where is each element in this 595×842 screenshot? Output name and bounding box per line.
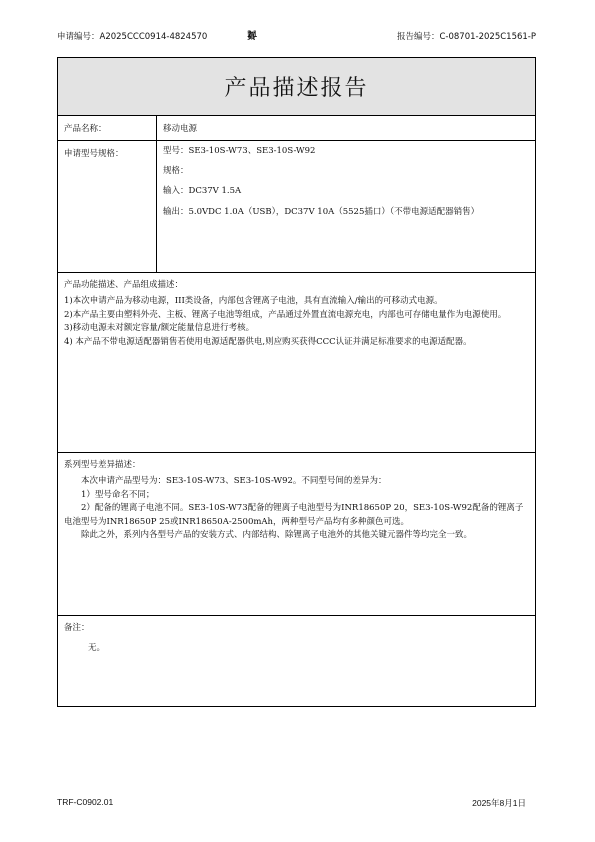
model-spec-label: 申请型号规格： <box>58 141 157 272</box>
product-name-value: 移动电源 <box>157 116 535 140</box>
function-item-2: 2)本产品主要由塑料外壳、主板、锂离子电池等组成，产品通过外置直流电源充电，内部… <box>64 309 527 323</box>
model-spec-row: 申请型号规格： 型号：SE3-10S-W73、SE3-10S-W92 规格： 输… <box>58 141 535 273</box>
series-difference-section: 系列型号差异描述： 本次申请产品型号为：SE3-10S-W73、SE3-10S-… <box>58 453 535 616</box>
product-description-table: 产品描述报告 产品名称： 移动电源 申请型号规格： 型号：SE3-10S-W73… <box>57 57 536 707</box>
title-row: 产品描述报告 <box>58 58 535 116</box>
page-footer: TRF-C0902.01 2025年8月1日 <box>57 797 536 809</box>
function-description-section: 产品功能描述、产品组成描述： 1)本次申请产品为移动电源，III类设备，内部包含… <box>58 273 535 453</box>
function-item-1: 1)本次申请产品为移动电源，III类设备，内部包含锂离子电池，具有直流输入/输出… <box>64 295 527 309</box>
spec-label-line: 规格： <box>163 161 527 181</box>
spec-model-line: 型号：SE3-10S-W73、SE3-10S-W92 <box>163 141 527 161</box>
form-code: TRF-C0902.01 <box>57 797 113 807</box>
application-number: 申请编号：A2025CCC0914-4824570 <box>57 30 207 42</box>
spec-output-line: 输出：5.0VDC 1.0A（USB），DC37V 10A（5525插口）（不带… <box>163 201 527 223</box>
report-title: 产品描述报告 <box>224 71 368 102</box>
page-header: 申请编号：A2025CCC0914-4824570 第1页共21页 报告编号：C… <box>57 30 536 44</box>
series-conclusion: 除此之外，系列内各型号产品的安装方式、内部结构、除锂离子电池外的其他关键元器件等… <box>64 529 527 543</box>
remarks-title: 备注： <box>64 621 527 635</box>
function-item-3: 3)移动电源未对额定容量/额定能量信息进行考核。 <box>64 322 527 336</box>
report-number: 报告编号：C-08701-2025C1561-P <box>397 30 536 42</box>
product-name-label: 产品名称： <box>58 116 157 140</box>
series-diff-1: 1）型号命名不同； <box>64 489 527 503</box>
issue-date: 2025年8月1日 <box>472 797 526 809</box>
spec-input-line: 输入：DC37V 1.5A <box>163 181 527 201</box>
product-name-row: 产品名称： 移动电源 <box>58 116 535 141</box>
function-item-4: 4) 本产品不带电源适配器销售若使用电源适配器供电,则应购买获得CCC认证并满足… <box>64 336 527 350</box>
series-intro: 本次申请产品型号为：SE3-10S-W73、SE3-10S-W92。不同型号间的… <box>64 475 527 489</box>
series-diff-2: 2）配备的锂离子电池不同。SE3-10S-W73配备的锂离子电池型号为INR18… <box>64 502 527 529</box>
page-label-suffix: 页 <box>247 30 256 42</box>
model-spec-value: 型号：SE3-10S-W73、SE3-10S-W92 规格： 输入：DC37V … <box>157 141 535 272</box>
series-difference-title: 系列型号差异描述： <box>64 458 527 472</box>
function-description-title: 产品功能描述、产品组成描述： <box>64 278 527 292</box>
remarks-section: 备注： 无。 <box>58 616 535 708</box>
remarks-value: 无。 <box>64 641 527 655</box>
